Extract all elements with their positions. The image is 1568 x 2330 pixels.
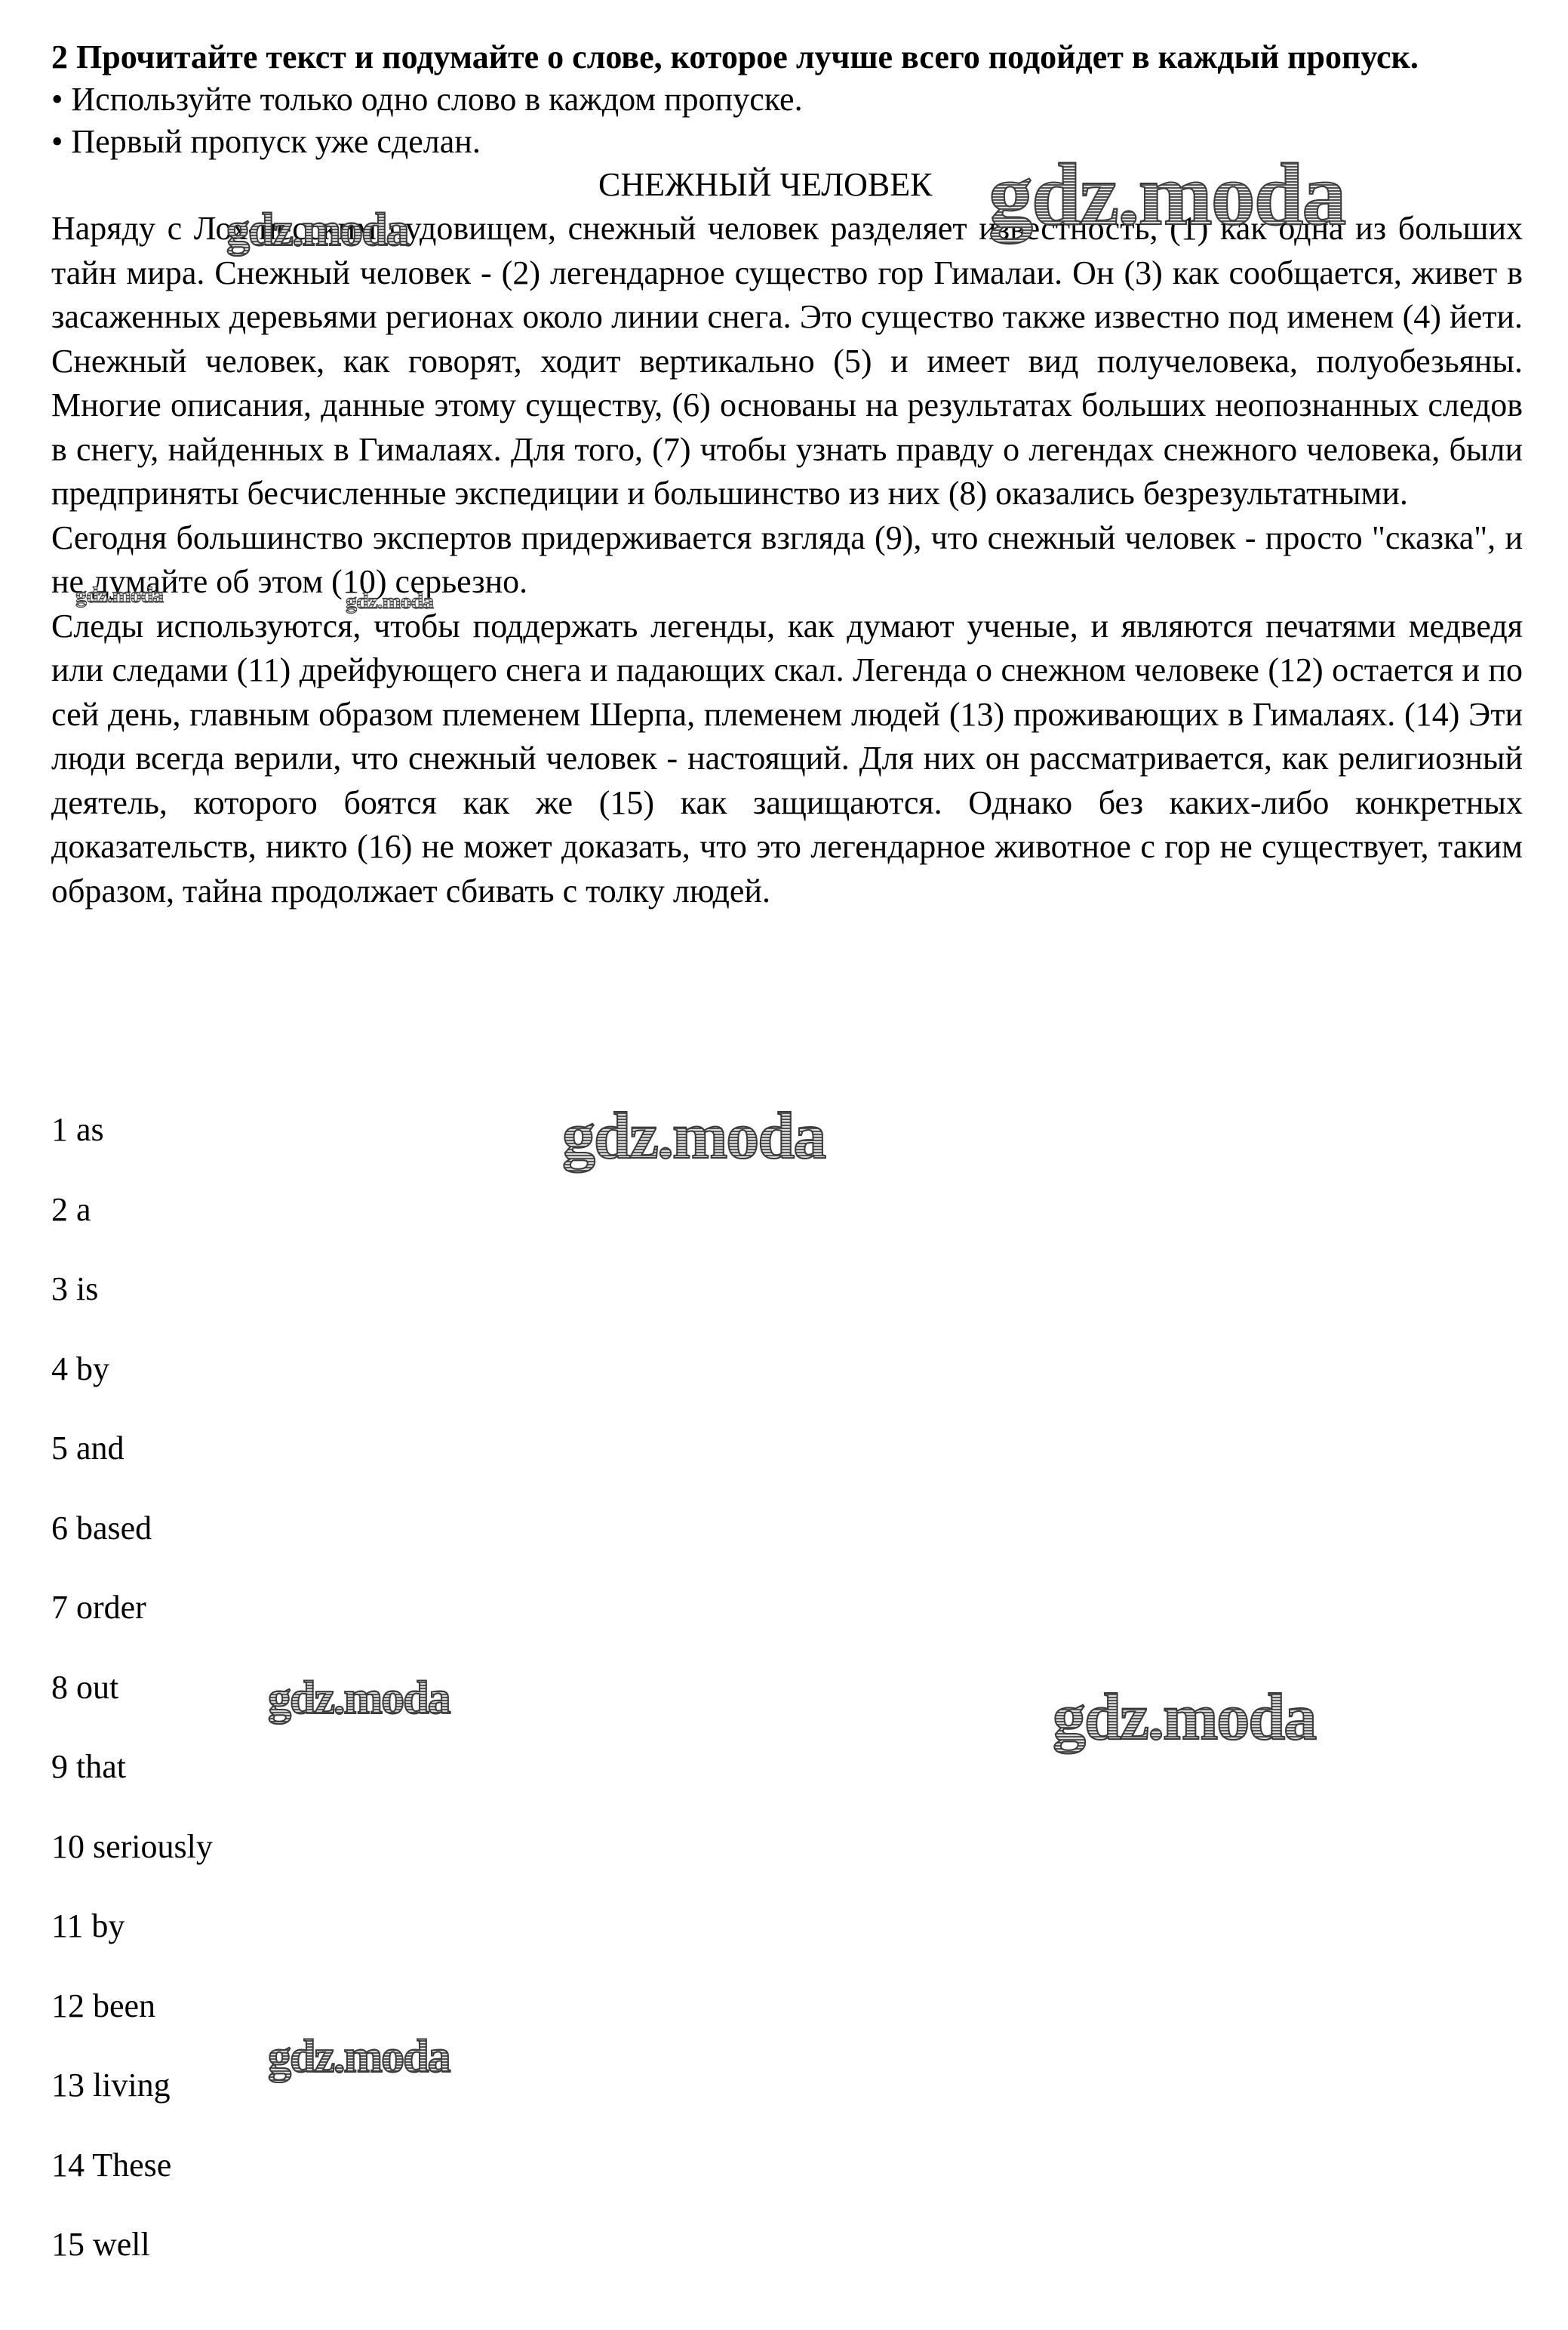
answer-item: 15 well	[51, 2223, 213, 2303]
watermark-logo: gdz.moda	[268, 2030, 450, 2084]
answer-item: 2 a	[51, 1188, 213, 1268]
watermark-logo: gdz.moda	[562, 1098, 825, 1174]
answer-item: 6 based	[51, 1507, 213, 1587]
watermark-logo: gdz.moda	[268, 1672, 450, 1725]
answer-item: 7 order	[51, 1586, 213, 1666]
exercise-page: 2 Прочитайте текст и подумайте о слове, …	[51, 36, 1523, 913]
answer-item: 14 These	[51, 2144, 213, 2224]
story-title: СНЕЖНЫЙ ЧЕЛОВЕК	[51, 163, 1523, 207]
answer-list: 1 as 2 a 3 is 4 by 5 and 6 based 7 order…	[51, 1108, 213, 2303]
story-paragraph: Сегодня большинство экспертов придержива…	[51, 516, 1523, 605]
answer-item: 8 out	[51, 1666, 213, 1746]
answer-item: 5 and	[51, 1427, 213, 1507]
answer-item: 10 seriously	[51, 1825, 213, 1905]
task-title: 2 Прочитайте текст и подумайте о слове, …	[51, 36, 1523, 78]
answer-item: 12 been	[51, 1984, 213, 2064]
watermark-logo: gdz.moda	[1053, 1679, 1315, 1756]
answer-item: 13 living	[51, 2064, 213, 2144]
answer-item: 3 is	[51, 1267, 213, 1347]
answer-item: 9 that	[51, 1745, 213, 1825]
story-paragraph: Наряду с Лох-несским чудовищем, снежный …	[51, 207, 1523, 516]
instruction-bullet: • Первый пропуск уже сделан.	[51, 121, 1523, 163]
answer-item: 11 by	[51, 1904, 213, 1984]
answer-item: 4 by	[51, 1347, 213, 1427]
instruction-bullet: • Используйте только одно слово в каждом…	[51, 78, 1523, 121]
answer-item: 1 as	[51, 1108, 213, 1188]
story-paragraph: Следы используются, чтобы поддержать лег…	[51, 605, 1523, 914]
